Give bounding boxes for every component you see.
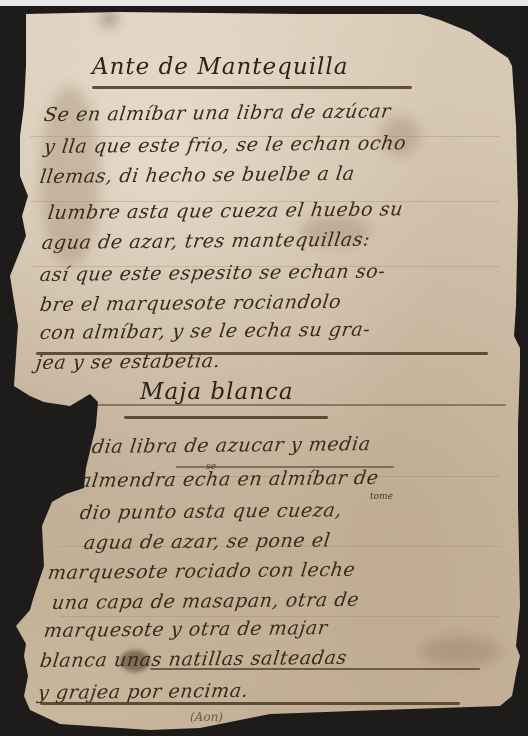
recipe-2-line: y grajea por encima. bbox=[37, 680, 250, 704]
recipe-2-title: Maja blanca bbox=[140, 379, 294, 405]
recipe-1-line: así que este espesito se echan so- bbox=[39, 260, 387, 286]
recipe-2-line: marquesote rociado con leche bbox=[47, 559, 357, 584]
recipe-1-line: Se en almíbar una libra de azúcar bbox=[43, 100, 393, 126]
section-rule bbox=[96, 404, 506, 406]
title-underline bbox=[124, 416, 328, 419]
recipe-1-end-rule bbox=[36, 352, 488, 355]
recipe-1-line: con almíbar, y se le echa su gra- bbox=[39, 319, 372, 344]
recipe-1-line: bre el marquesote rociandolo bbox=[39, 291, 343, 316]
ink-blot bbox=[100, 12, 118, 26]
recipe-1-line: agua de azar, tres mantequillas: bbox=[41, 229, 372, 254]
recipe-1-line: llemas, di hecho se buelbe a la bbox=[39, 163, 357, 188]
recipe-2-line: dia libra de azucar y media bbox=[91, 433, 373, 458]
signature: (Aon) bbox=[190, 710, 223, 724]
recipe-2-line: agua de azar, se pone el bbox=[83, 529, 332, 554]
recipe-1-title: Ante de Mantequilla bbox=[92, 54, 348, 80]
recipe-2-line: almendra echa en almíbar de bbox=[79, 467, 381, 492]
recipe-1-line: y lla que este frio, se le echan ocho bbox=[43, 132, 408, 158]
recipe-1-line: lumbre asta que cueza el huebo su bbox=[47, 198, 405, 224]
recipe-2-line: dio punto asta que cueza, bbox=[79, 499, 344, 524]
recipe-2-end-rule bbox=[40, 702, 460, 705]
title-underline bbox=[92, 86, 412, 89]
age-stain bbox=[420, 636, 500, 666]
manuscript-page: Ante de Mantequilla Se en almíbar una li… bbox=[0, 6, 528, 736]
section-rule bbox=[150, 668, 480, 670]
recipe-2-line: una capa de masapan, otra de bbox=[51, 589, 361, 614]
recipe-2-line: marquesote y otra de majar bbox=[43, 617, 329, 642]
scan-frame: Ante de Mantequilla Se en almíbar una li… bbox=[0, 0, 528, 736]
interlinear-note: tome bbox=[370, 492, 393, 502]
